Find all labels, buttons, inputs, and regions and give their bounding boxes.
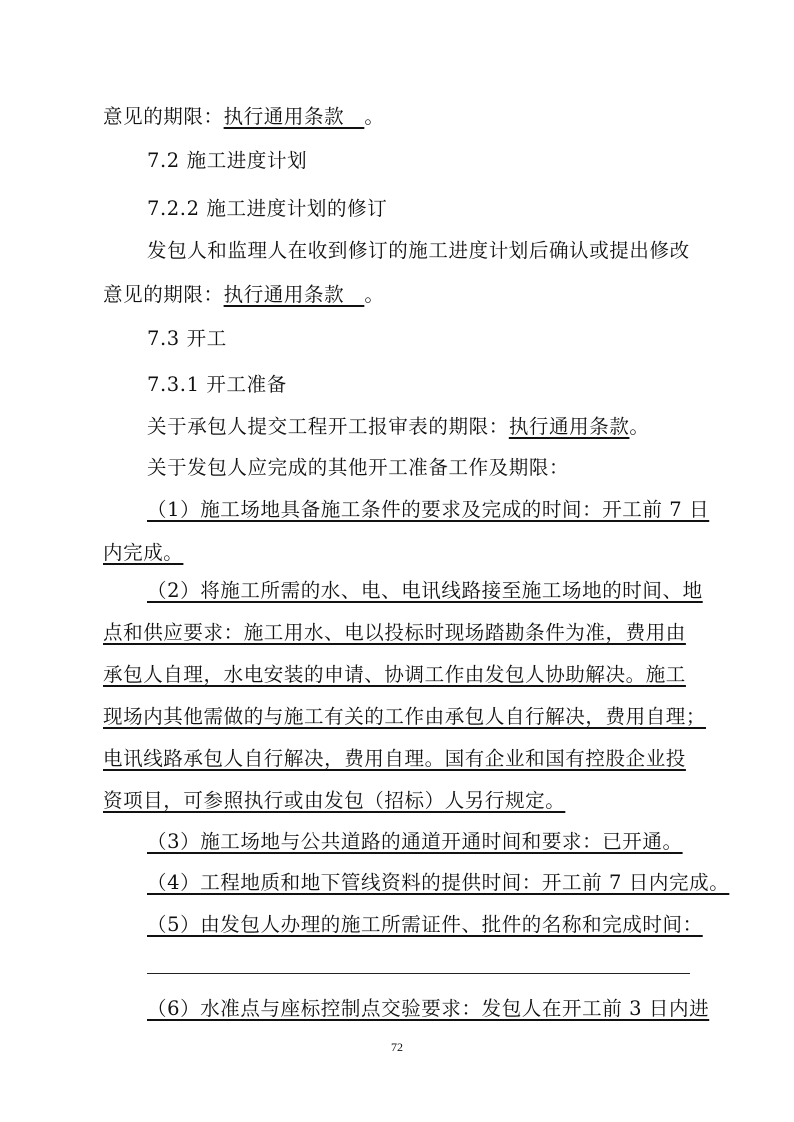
- text-line-8: 关于承包人提交工程开工报审表的期限：执行通用条款。: [147, 414, 737, 440]
- filled-field: （4）工程地质和地下管线资料的提供时间：开工前 7 日内完成。: [147, 871, 729, 894]
- section-heading-7-2: 7.2 施工进度计划: [147, 148, 737, 174]
- section-heading-7-2-2: 7.2.2 施工进度计划的修订: [147, 196, 737, 222]
- filled-field: 现场内其他需做的与施工有关的工作由承包人自行解决，费用自理；: [103, 705, 706, 728]
- filled-line: 电讯线路承包人自行解决，费用自理。国有企业和国有控股企业投: [103, 746, 693, 772]
- filled-line: 资项目，可参照执行或由发包（招标）人另行规定。: [103, 788, 693, 814]
- filled-line: （2）将施工所需的水、电、电讯线路接至施工场地的时间、地: [147, 578, 737, 604]
- filled-field: （1）施工场地具备施工条件的要求及完成的时间：开工前 7 日: [147, 498, 709, 521]
- filled-field: 执行通用条款: [224, 105, 365, 128]
- filled-line: 内完成。: [103, 540, 693, 566]
- filled-line: 现场内其他需做的与施工有关的工作由承包人自行解决，费用自理；: [103, 704, 693, 730]
- filled-line: 承包人自理，水电安装的申请、协调工作由发包人协助解决。施工: [103, 662, 693, 688]
- section-heading-7-3-1: 7.3.1 开工准备: [147, 372, 737, 398]
- filled-line: （1）施工场地具备施工条件的要求及完成的时间：开工前 7 日: [147, 497, 737, 523]
- page-number: 72: [0, 1040, 794, 1055]
- line-text: 。: [629, 415, 649, 438]
- filled-line: （4）工程地质和地下管线资料的提供时间：开工前 7 日内完成。: [147, 870, 737, 896]
- filled-field: 承包人自理，水电安装的申请、协调工作由发包人协助解决。施工: [103, 663, 686, 686]
- line-text: 。: [364, 283, 384, 306]
- filled-line: （6）水准点与座标控制点交验要求：发包人在开工前 3 日内进: [147, 996, 737, 1022]
- filled-field: 资项目，可参照执行或由发包（招标）人另行规定。: [103, 789, 565, 812]
- filled-field: 执行通用条款: [509, 415, 630, 438]
- paragraph-line: 关于发包人应完成的其他开工准备工作及期限：: [147, 455, 737, 481]
- filled-line: （5）由发包人办理的施工所需证件、批件的名称和完成时间：: [147, 912, 737, 938]
- filled-field: 内完成。: [103, 541, 183, 564]
- line-text: 意见的期限：: [103, 105, 224, 128]
- filled-field: 点和供应要求：施工用水、电以投标时现场踏勘条件为准，费用由: [103, 621, 686, 644]
- filled-line: （3）施工场地与公共道路的通道开通时间和要求：已开通。: [147, 829, 737, 855]
- text-line-1: 意见的期限：执行通用条款 。: [103, 104, 693, 130]
- paragraph-line: 发包人和监理人在收到修订的施工进度计划后确认或提出修改: [147, 238, 737, 264]
- filled-field: （2）将施工所需的水、电、电讯线路接至施工场地的时间、地: [147, 579, 703, 602]
- filled-field: （3）施工场地与公共道路的通道开通时间和要求：已开通。: [147, 830, 683, 853]
- filled-line: 点和供应要求：施工用水、电以投标时现场踏勘条件为准，费用由: [103, 620, 693, 646]
- filled-field: 电讯线路承包人自行解决，费用自理。国有企业和国有控股企业投: [103, 747, 686, 770]
- blank-fill-line: [147, 973, 690, 974]
- line-text: 。: [364, 105, 384, 128]
- line-text: 意见的期限：: [103, 283, 224, 306]
- filled-field: （5）由发包人办理的施工所需证件、批件的名称和完成时间：: [147, 913, 703, 936]
- section-heading-7-3: 7.3 开工: [147, 326, 737, 352]
- text-line-5: 意见的期限：执行通用条款 。: [103, 282, 693, 308]
- line-text: 关于承包人提交工程开工报审表的期限：: [147, 415, 509, 438]
- filled-field: 执行通用条款: [224, 283, 365, 306]
- filled-field: （6）水准点与座标控制点交验要求：发包人在开工前 3 日内进: [147, 997, 709, 1020]
